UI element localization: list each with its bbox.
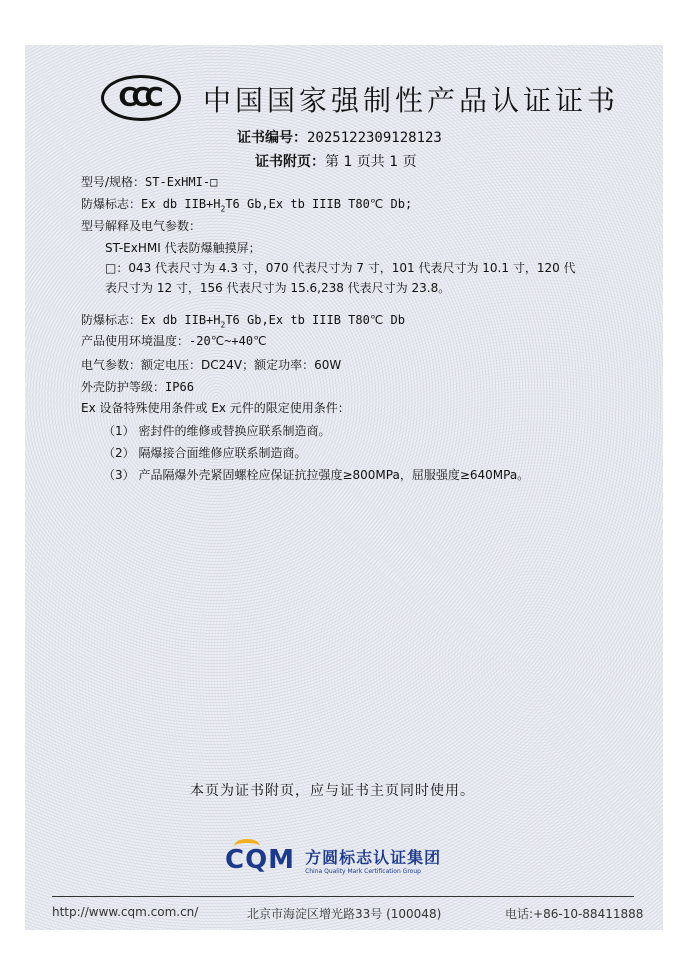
temp-value: -20℃~+40℃: [189, 334, 267, 348]
ex-mark-line-2: 防爆标志：Ex db IIB+H2T6 Gb,Ex tb IIIB T80℃ D…: [81, 311, 405, 329]
brand-cn: 方圆标志认证集团: [305, 845, 441, 868]
ex-mark-part: Ex db IIB+H: [141, 313, 220, 327]
cqm-brand-text: 方圆标志认证集团 China Quality Mark Certificatio…: [305, 845, 441, 875]
elec-label: 电气参数：: [81, 358, 141, 372]
attach-label: 证书附页：: [255, 154, 325, 170]
ip-line: 外壳防护等级：IP66: [81, 378, 194, 395]
certificate-number: 证书编号：2025122309128123: [237, 127, 442, 147]
conditions-title: Ex 设备特殊使用条件或 Ex 元件的限定使用条件：: [81, 399, 350, 416]
attachment-page: 证书附页：第 1 页共 1 页: [255, 151, 417, 171]
condition-item: （2） 隔爆接合面维修应联系制造商。: [103, 444, 306, 461]
model-line: 型号/规格：ST-ExHMI-□: [81, 173, 217, 190]
ex-mark-part: T6 Gb,Ex tb IIIB T80℃ Db;: [225, 197, 412, 211]
temp-line: 产品使用环境温度：-20℃~+40℃: [81, 332, 267, 349]
attachment-note: 本页为证书附页，应与证书主页同时使用。: [190, 780, 475, 800]
elec-value: 额定电压：DC24V；额定功率：60W: [141, 358, 341, 372]
ex-mark-line-1: 防爆标志：Ex db IIB+H2T6 Gb,Ex tb IIIB T80℃ D…: [81, 195, 412, 213]
cqm-logo: CQM 方圆标志认证集团 China Quality Mark Certific…: [225, 845, 441, 875]
cert-no-value: 2025122309128123: [307, 130, 442, 146]
footer-phone: 电话:+86-10-88411888: [505, 905, 643, 922]
elec-line: 电气参数：额定电压：DC24V；额定功率：60W: [81, 356, 341, 373]
footer-divider: [52, 896, 634, 897]
certificate-title: 中国国家强制性产品认证证书: [203, 79, 619, 119]
explain-label: 型号解释及电气参数：: [81, 217, 201, 234]
model-label: 型号/规格：: [81, 175, 145, 189]
cqm-mark-icon: CQM: [225, 845, 295, 875]
cert-no-label: 证书编号：: [237, 130, 307, 146]
explain-line-2: □：043 代表尺寸为 4.3 寸，070 代表尺寸为 7 寸，101 代表尺寸…: [105, 259, 576, 276]
certificate-page: CCC 中国国家强制性产品认证证书 证书编号：2025122309128123 …: [25, 45, 663, 930]
attach-value: 第 1 页共 1 页: [325, 154, 417, 170]
ex-mark-part: T6 Gb,Ex tb IIIB T80℃ Db: [225, 313, 405, 327]
footer-address: 北京市海淀区增光路33号 (100048): [247, 905, 441, 922]
model-value: ST-ExHMI-□: [145, 175, 217, 189]
temp-label: 产品使用环境温度：: [81, 334, 189, 348]
condition-item: （3） 产品隔爆外壳紧固螺栓应保证抗拉强度≥800MPa，屈服强度≥640MPa…: [103, 466, 529, 483]
ip-label: 外壳防护等级：: [81, 380, 165, 394]
explain-line-1: ST-ExHMI 代表防爆触摸屏；: [105, 239, 261, 256]
ip-value: IP66: [165, 380, 194, 394]
cqm-arc-icon: [234, 839, 260, 853]
brand-en: China Quality Mark Certification Group: [305, 868, 441, 875]
ccc-logo-text: CCC: [118, 83, 157, 113]
ccc-logo-icon: CCC: [101, 75, 181, 121]
ex-mark-part: Ex db IIB+H: [141, 197, 220, 211]
condition-item: （1） 密封件的维修或替换应联系制造商。: [103, 422, 330, 439]
footer-url[interactable]: http://www.cqm.com.cn/: [52, 905, 198, 919]
explain-line-3: 表尺寸为 12 寸，156 代表尺寸为 15.6,238 代表尺寸为 23.8。: [105, 279, 450, 296]
ex-mark-label: 防爆标志：: [81, 197, 141, 211]
ex-mark-label: 防爆标志：: [81, 313, 141, 327]
